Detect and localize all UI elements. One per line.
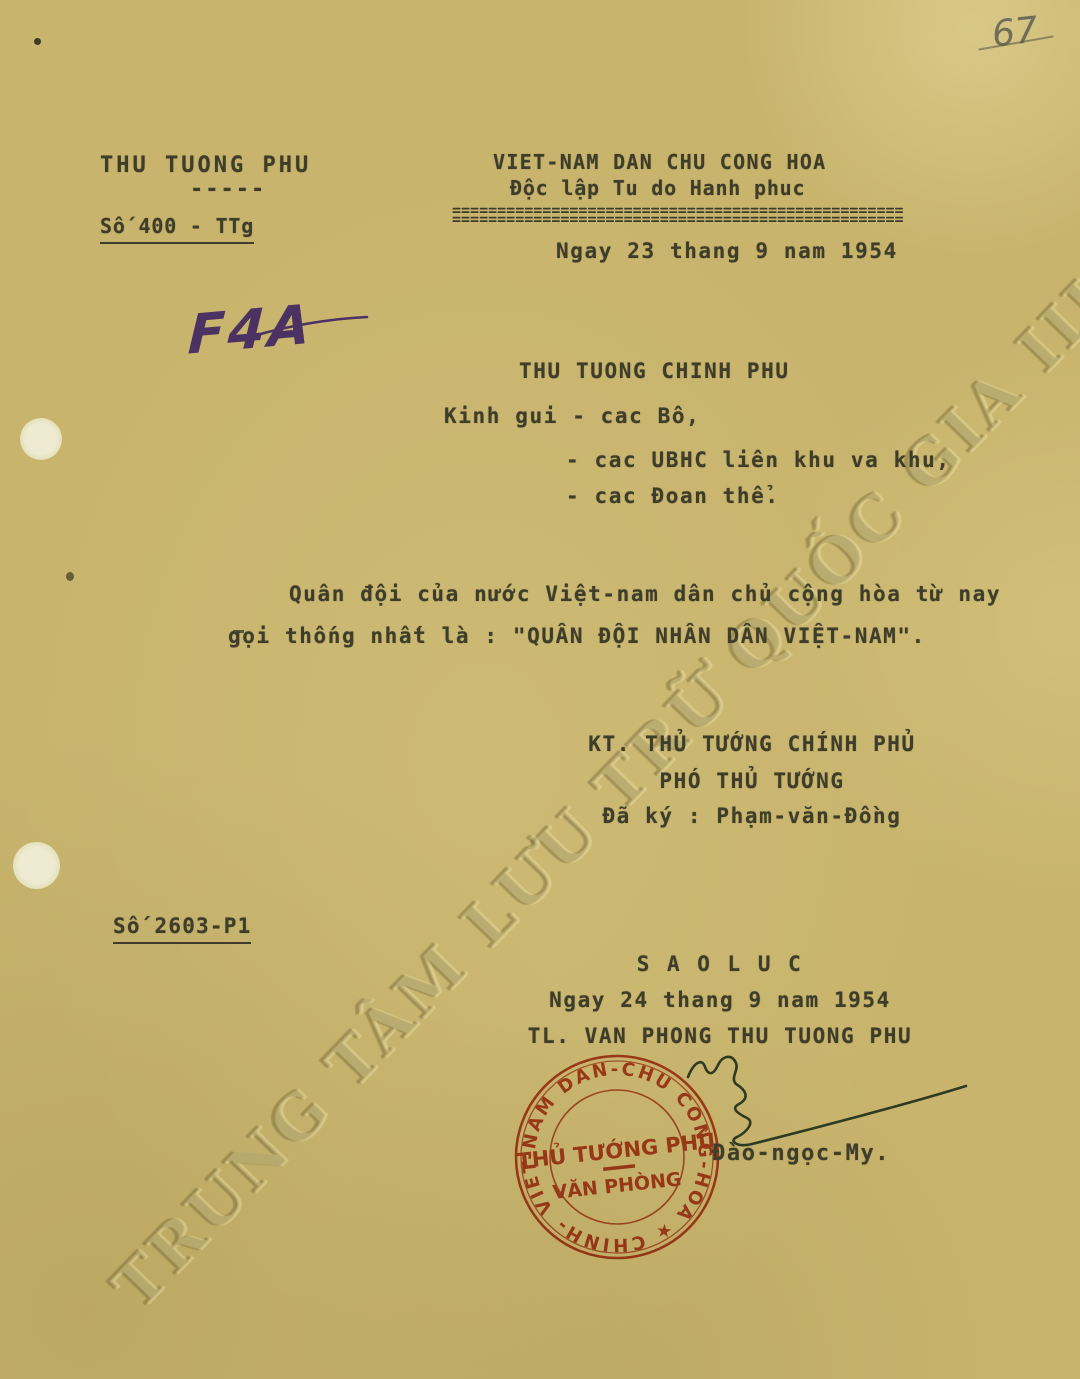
copy-number: Số 2603-P1 <box>113 913 251 944</box>
letter-title: THU TUONG CHINH PHU <box>519 358 790 384</box>
signed-note: Đã ký : Phạm-văn-Đồng <box>537 803 967 829</box>
hole-punch-top <box>20 418 62 460</box>
ink-speck <box>34 38 41 45</box>
document-number: Số 400 - TTg <box>100 214 254 244</box>
copy-date: Ngay 24 thang 9 nam 1954 <box>505 987 935 1013</box>
national-motto: Độc lập Tu do Hanh phuc <box>510 176 805 201</box>
page-number-handwritten: 67 <box>990 10 1040 56</box>
ink-speck <box>66 572 74 581</box>
issue-date: Ngay 23 thang 9 nam 1954 <box>556 238 898 264</box>
header-divider-row: ========================================… <box>452 212 910 227</box>
file-code-tail-stroke <box>255 305 375 345</box>
recipient-line: - cac Đoan thể. <box>566 483 780 509</box>
country-name: VIET-NAM DAN CHU CONG HOA <box>493 150 827 175</box>
signing-authority-line2: PHÓ THỦ TƯỚNG <box>537 768 967 794</box>
recipient-line: - cac UBHC liên khu va khu, <box>566 447 951 473</box>
signing-authority-line1: KT. THỦ TƯỚNG CHÍNH PHỦ <box>537 731 967 757</box>
stamp-center-divider <box>603 1164 635 1171</box>
hole-punch-bottom <box>13 842 60 889</box>
body-line: gọi thống nhất là : "QUÂN ĐỘI NHÂN DÂN V… <box>228 623 926 649</box>
copy-label: S A O L U C <box>505 951 935 977</box>
salutation: Kinh gui - cac Bô, <box>444 403 700 429</box>
signer-name: Đào-ngọc-My. <box>712 1140 890 1168</box>
office-divider-dashes: ----- <box>190 176 266 204</box>
document-page: TRUNG TÂM LƯU TRỮ QUỐC GIA III 67 THU TU… <box>0 0 1080 1379</box>
body-line: Quân đội của nước Việt-nam dân chủ cộng … <box>289 581 1001 607</box>
stamp-center-line2: VĂN PHÒNG <box>551 1166 682 1203</box>
